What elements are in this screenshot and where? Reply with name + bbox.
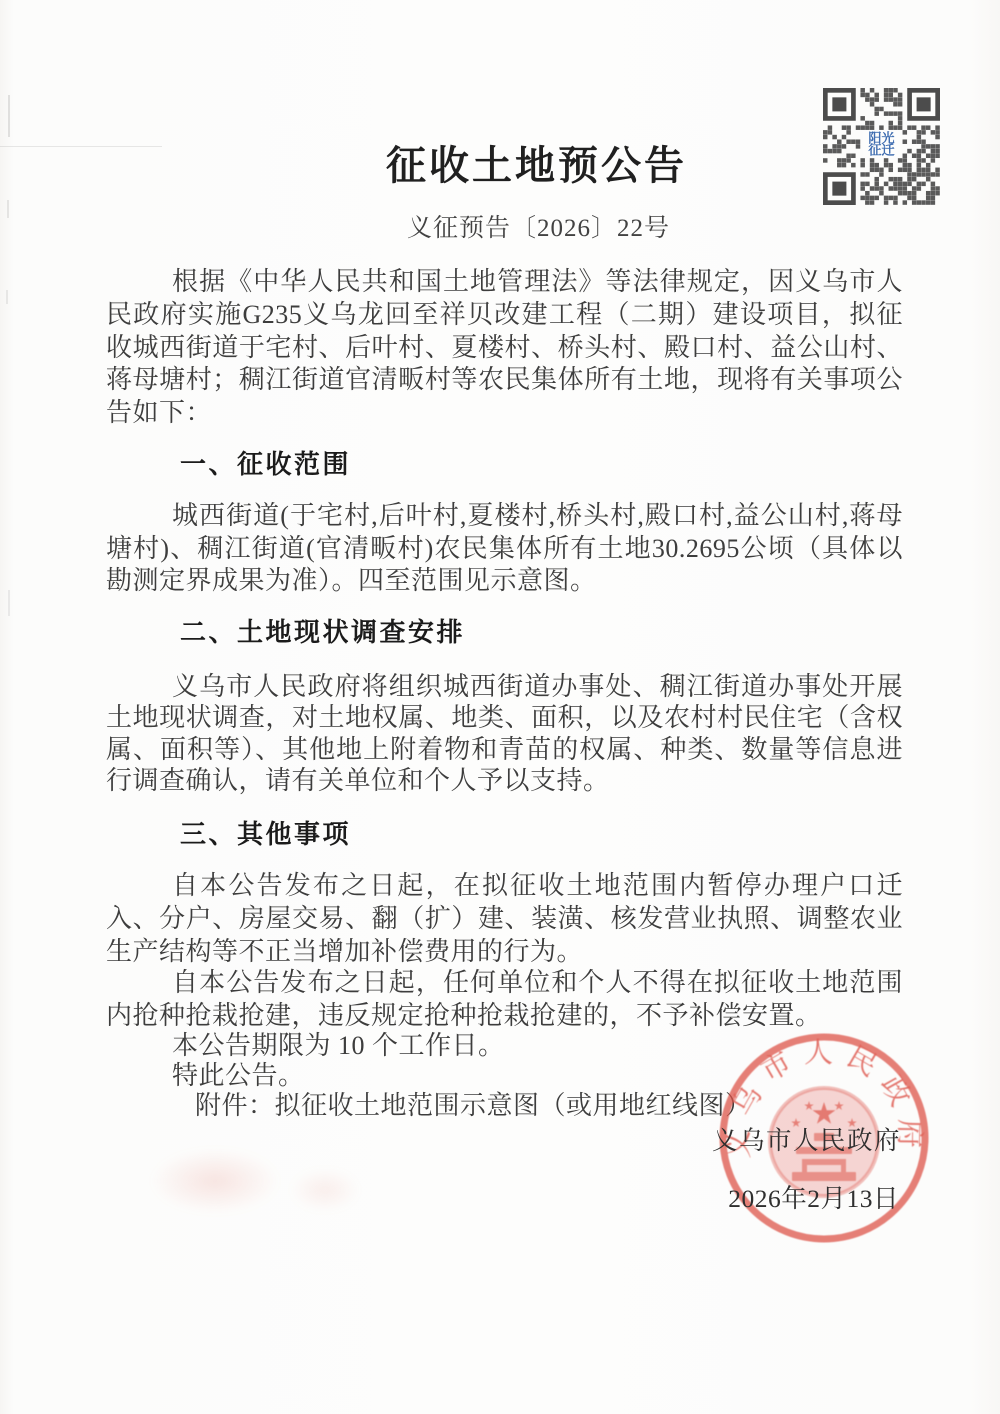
scanned-notice-page: 阳光征迁 征收土地预公告 义征预告〔2026〕22号 根据《中华人民共和国土地管… <box>0 0 1000 1414</box>
seal-ink-smudge <box>290 1168 360 1212</box>
intro-paragraph: 根据《中华人民共和国土地管理法》等法律规定，因义乌市人民政府实施G235义乌龙回… <box>106 266 903 430</box>
section-3-paragraph-2: 自本公告发布之日起，任何单位和个人不得在拟征收土地范围内抢种抢栽抢建，违反规定抢… <box>106 966 903 1032</box>
scan-artifact-mark <box>7 200 9 218</box>
issue-date: 2026年2月13日 <box>728 1179 899 1215</box>
page-title: 征收土地预公告 <box>138 144 935 188</box>
section-3-paragraph-1: 自本公告发布之日起，在拟征收土地范围内暂停办理户口迁入、分户、房屋交易、翻（扩）… <box>106 869 903 968</box>
section-1-paragraph: 城西街道(于宅村,后叶村,夏楼村,桥头村,殿口村,益公山村,蒋母塘村)、稠江街道… <box>106 500 903 598</box>
section-2-paragraph: 义乌市人民政府将组织城西街道办事处、稠江街道办事处开展土地现状调查，对土地权属、… <box>106 671 903 797</box>
section-2-heading: 二、土地现状调查安排 <box>106 617 903 648</box>
scan-artifact-mark <box>6 290 8 304</box>
doc-number: 义征预告〔2026〕22号 <box>140 214 937 244</box>
section-1-heading: 一、征收范围 <box>106 449 903 480</box>
section-3-heading: 三、其他事项 <box>106 819 903 850</box>
scan-artifact-mark <box>8 95 10 137</box>
seal-ink-smudge <box>150 1148 280 1214</box>
scan-artifact-mark <box>8 590 10 616</box>
issuer-signature: 义乌市人民政府 <box>712 1121 901 1157</box>
